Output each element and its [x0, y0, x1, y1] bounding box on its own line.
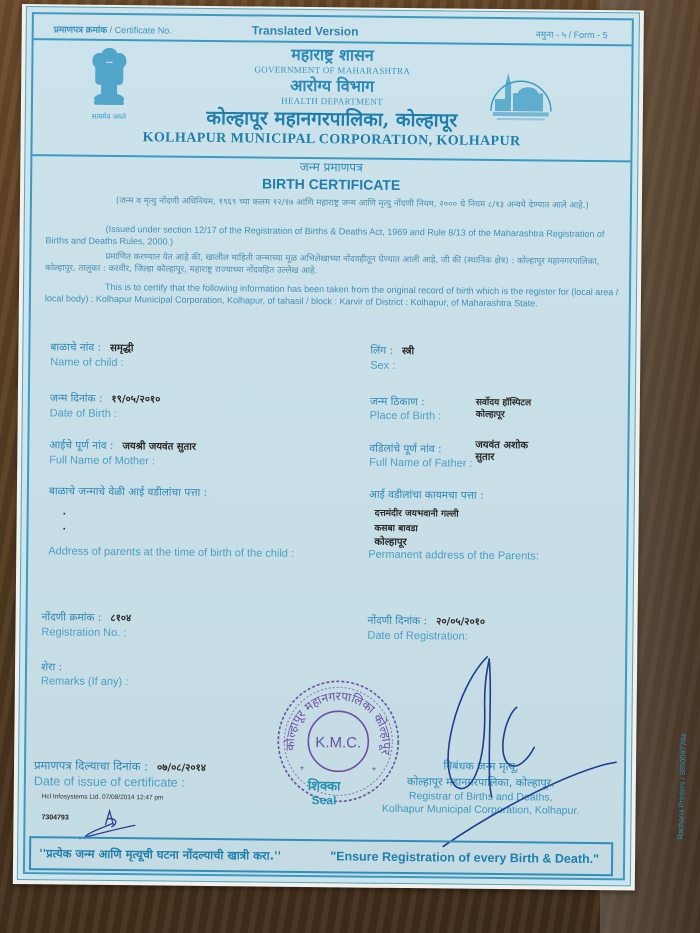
legal-basis-en-text: (Issued under section 12/17 of the Regis… — [45, 224, 604, 247]
certification-statement-en: This is to certify that the following in… — [45, 280, 619, 310]
place-of-birth-label-mr: जन्म ठिकाण : — [370, 396, 425, 409]
child-name-label-en: Name of child : — [50, 355, 133, 370]
mother-name-label-mr: आईचे पूर्ण नांव : — [49, 439, 113, 452]
certification-en-text: This is to certify that the following in… — [45, 282, 618, 309]
address-at-birth-line1: . — [63, 506, 67, 518]
form-number: नमुना - ५ / Form - 5 — [536, 27, 608, 41]
place-of-birth-value-line1: सर्वोदय हॉस्पिटल — [476, 397, 531, 410]
registration-date-label-mr: नोंदणी दिनांक : — [367, 615, 427, 628]
permanent-address-label-mr: आई वडीलांचा कायमचा पत्ता : — [369, 489, 484, 502]
certification-statement-mr: प्रमाणित करण्यात येत आहे की, खालील माहित… — [45, 250, 619, 280]
legal-basis-en: (Issued under section 12/17 of the Regis… — [45, 222, 619, 252]
sex-label-mr: लिंग : — [370, 345, 393, 357]
registration-date-label-en: Date of Registration: — [367, 629, 485, 644]
issue-date-label-en: Date of issue of certificate : — [34, 774, 206, 790]
field-registration-no: नोंदणी क्रमांक : ८१०४ Registration No. : — [41, 610, 131, 640]
issue-date-label-mr: प्रमाणपत्र दिल्याचा दिनांक : — [34, 758, 148, 773]
header-block: महाराष्ट्र शासन GOVERNMENT OF MAHARASHTR… — [33, 42, 632, 151]
certificate-paper: प्रमाणपत्र क्रमांक / Certificate No. Tra… — [13, 4, 644, 890]
field-child-name: बाळाचे नांव : समृद्धी Name of child : — [50, 340, 133, 370]
registrar-signature-icon — [425, 646, 637, 858]
footer-slogan-box: ''प्रत्येक जन्म आणि मृत्यूची घटना नोंदल्… — [29, 836, 613, 876]
certificate-frame: प्रमाणपत्र क्रमांक / Certificate No. Tra… — [23, 12, 634, 880]
printer-credit: Rachana Printers / 9850097784 — [672, 700, 688, 880]
field-sex: लिंग : स्त्री Sex : — [370, 344, 414, 373]
mother-name-label-en: Full Name of Mother : — [49, 453, 196, 469]
father-name-label-en: Full Name of Father : — [369, 456, 472, 471]
remarks-label-mr: शेरा : — [41, 661, 62, 673]
slogan-mr: ''प्रत्येक जन्म आणि मृत्यूची घटना नोंदल्… — [39, 846, 281, 864]
dob-value: १९/०५/२०१० — [111, 394, 160, 406]
permanent-address-label-en: Permanent address of the Parents: — [368, 548, 539, 564]
field-registration-date: नोंदणी दिनांक : २०/०५/२०१० Date of Regis… — [367, 614, 485, 644]
field-mother-name: आईचे पूर्ण नांव : जयश्री जयवंत सुतार Ful… — [49, 438, 196, 469]
slogan-en: "Ensure Registration of every Birth & De… — [330, 849, 599, 866]
field-permanent-address-label-en: Permanent address of the Parents: — [368, 548, 539, 564]
translated-version-label: Translated Version — [252, 23, 359, 38]
issue-date-value: ०७/०८/२०१४ — [157, 762, 206, 774]
svg-text:*: * — [300, 765, 304, 776]
certification-mr-text: प्रमाणित करण्यात येत आहे की, खालील माहित… — [45, 252, 599, 276]
certificate-no-mr: प्रमाणपत्र क्रमांक — [54, 24, 108, 35]
address-at-birth-line2: . — [62, 521, 66, 533]
child-name-value: समृद्धी — [110, 343, 133, 354]
legal-basis-mr-text: (जन्म व मृत्यु नोंदणी अधिनियम, १९६९ च्या… — [116, 196, 589, 211]
dob-label-en: Date of Birth : — [50, 406, 161, 421]
father-name-label-mr: वडिलांचे पूर्ण नांव : — [369, 443, 441, 456]
system-stamp-id: 7304793 — [41, 814, 68, 821]
top-bar: प्रमाणपत्र क्रमांक / Certificate No. Tra… — [34, 14, 632, 46]
place-of-birth-label-en: Place of Birth : — [370, 409, 442, 424]
registration-no-value: ८१०४ — [110, 613, 131, 624]
dob-label-mr: जन्म दिनांक : — [50, 392, 103, 405]
field-date-of-birth: जन्म दिनांक : १९/०५/२०१० Date of Birth : — [50, 391, 161, 421]
registration-date-value: २०/०५/२०१० — [436, 616, 485, 628]
field-father-name: वडिलांचे पूर्ण नांव : Full Name of Fathe… — [369, 442, 473, 471]
seal-label-mr: शिक्का — [308, 779, 341, 794]
printer-credit-text: Rachana Printers / 9850097784 — [674, 696, 689, 876]
seal-label: शिक्का Seal — [308, 779, 341, 807]
remarks-label-en: Remarks (If any) : — [41, 674, 129, 689]
address-at-birth-label-mr: बाळाचे जन्माचे वेळी आई वडीलांचा पत्ता : — [49, 485, 207, 499]
permanent-address-line2: कसबा बावडा — [374, 523, 417, 535]
seal-label-en: Seal — [308, 794, 341, 807]
permanent-address-line1: दत्तमंदीर जयभवानी गल्ली — [375, 508, 459, 521]
field-address-at-birth-label-en: Address of parents at the time of birth … — [48, 544, 294, 561]
sex-value: स्त्री — [402, 346, 414, 357]
system-stamp-line: Hcl Infosystems Ltd. 07/08/2014 12:47 pm — [42, 792, 164, 803]
child-name-label-mr: बाळाचे नांव : — [50, 341, 101, 354]
place-of-birth-value-line2: कोल्हापूर — [476, 409, 505, 421]
field-issue-date: प्रमाणपत्र दिल्याचा दिनांक : ०७/०८/२०१४ … — [34, 758, 206, 790]
sex-label-en: Sex : — [370, 359, 414, 373]
registration-no-label-en: Registration No. : — [41, 625, 131, 640]
field-permanent-address-label-mr: आई वडीलांचा कायमचा पत्ता : — [369, 488, 484, 503]
certificate-title: जन्म प्रमाणपत्र BIRTH CERTIFICATE — [32, 156, 630, 196]
svg-text:K.M.C.: K.M.C. — [315, 734, 361, 751]
certificate-no-label: प्रमाणपत्र क्रमांक / Certificate No. — [54, 22, 172, 36]
father-name-value-line2: सुतार — [475, 452, 494, 464]
field-place-of-birth: जन्म ठिकाण : Place of Birth : — [370, 395, 442, 424]
address-at-birth-label-en: Address of parents at the time of birth … — [48, 544, 294, 561]
legal-basis-mr: (जन्म व मृत्यु नोंदणी अधिनियम, १९६९ च्या… — [46, 194, 620, 212]
father-name-value-line1: जयवंत अशोक — [475, 440, 528, 453]
registration-no-label-mr: नोंदणी क्रमांक : — [42, 611, 102, 624]
field-address-at-birth-label-mr: बाळाचे जन्माचे वेळी आई वडीलांचा पत्ता : — [49, 484, 207, 500]
certificate-no-en: / Certificate No. — [110, 25, 172, 36]
field-remarks: शेरा : Remarks (If any) : — [41, 660, 129, 689]
mother-name-value: जयश्री जयवंत सुतार — [122, 441, 196, 453]
